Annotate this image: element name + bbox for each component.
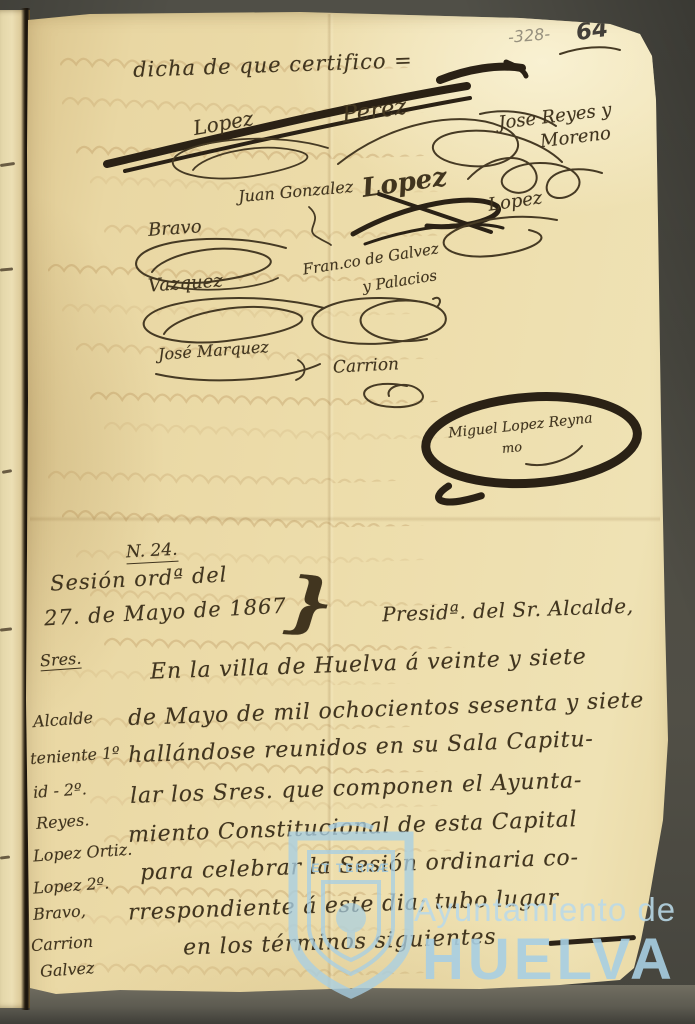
body-line: en los términos siguientes	[183, 925, 497, 961]
presidency-line: Presidª. del Sr. Alcalde,	[382, 594, 634, 627]
margin-name: Bravo,	[32, 901, 86, 924]
session-line1: Sesión ordª del	[49, 562, 228, 595]
manuscript-page: -328- 64 dicha de que certifico = Lopez …	[0, 0, 695, 1024]
signature-juan-gonzalez-rubric	[295, 203, 337, 249]
certification-line: dicha de que certifico =	[133, 48, 413, 82]
horizontal-fold-crease	[30, 516, 660, 522]
margin-name: teniente 1º	[29, 743, 120, 768]
margin-name: Carrion	[30, 932, 93, 955]
margin-name: Lopez 2º.	[32, 873, 109, 897]
signature-lopez-right-rubric	[425, 210, 565, 272]
signature-miguel-rubric	[520, 438, 590, 472]
margin-name: id - 2º.	[32, 779, 87, 802]
pencil-folio-number-dark: 64	[574, 16, 609, 46]
body-line: lar los Sres. que componen el Ayunta-	[130, 768, 583, 809]
body-line: miento Constitucional de esta Capital	[128, 807, 578, 848]
session-line2: 27. de Mayo de 1867	[44, 594, 288, 631]
pencil-underline	[556, 44, 626, 60]
margin-name: Lopez Ortiz.	[32, 840, 132, 866]
closing-dash	[548, 935, 636, 946]
scanned-manuscript-page: -328- 64 dicha de que certifico = Lopez …	[0, 0, 695, 1024]
body-line: para celebrar la Sesión ordinaria co-	[140, 845, 579, 885]
signature-carrion: Carrion	[333, 354, 400, 377]
margin-name: Alcalde	[32, 708, 93, 731]
body-line: de Mayo de mil ochocientos sesenta y sie…	[128, 688, 645, 731]
signature-jose-marquez-rubric	[148, 356, 328, 388]
pencil-folio-number-light: -328-	[507, 24, 551, 47]
act-number: N. 24.	[125, 540, 178, 565]
body-line: hallándose reunidos en su Sala Capitu-	[128, 727, 594, 768]
signature-galvez-line2: y Palacios	[361, 266, 438, 296]
body-line: rrespondiente á este dia; tubo lugar	[128, 885, 560, 925]
margin-name: Reyes.	[35, 810, 90, 833]
margin-name: Sres.	[39, 649, 82, 672]
body-line: En la villa de Huelva á veinte y siete	[150, 644, 587, 684]
margin-name: Galvez	[39, 958, 95, 981]
session-brace: }	[282, 561, 336, 642]
